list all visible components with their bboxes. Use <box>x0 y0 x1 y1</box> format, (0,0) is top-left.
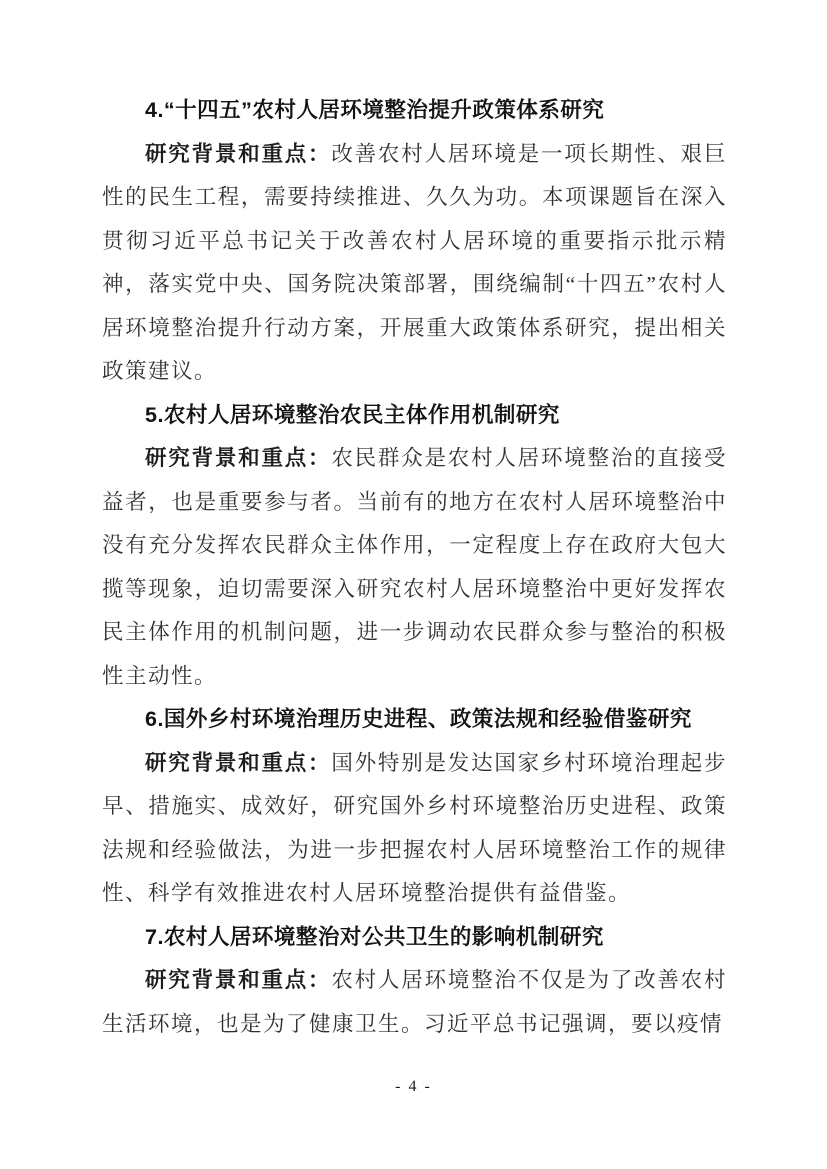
section-heading: 6.国外乡村环境治理历史进程、政策法规和经验借鉴研究 <box>102 698 727 742</box>
section-paragraph: 研究背景和重点：农村人居环境整治不仅是为了改善农村生活环境，也是为了健康卫生。习… <box>102 959 727 1046</box>
section-paragraph: 研究背景和重点：农民群众是农村人居环境整治的直接受益者，也是重要参与者。当前有的… <box>102 437 727 698</box>
paragraph-lead: 研究背景和重点： <box>145 968 331 992</box>
document-page: 4.“十四五”农村人居环境整治提升政策体系研究 研究背景和重点：改善农村人居环境… <box>0 0 827 1169</box>
section-topic-5: 5.农村人居环境整治农民主体作用机制研究 研究背景和重点：农民群众是农村人居环境… <box>102 394 727 699</box>
section-paragraph: 研究背景和重点：改善农村人居环境是一项长期性、艰巨性的民生工程，需要持续推进、久… <box>102 133 727 394</box>
section-heading: 4.“十四五”农村人居环境整治提升政策体系研究 <box>102 89 727 133</box>
section-topic-4: 4.“十四五”农村人居环境整治提升政策体系研究 研究背景和重点：改善农村人居环境… <box>102 89 727 394</box>
section-heading: 7.农村人居环境整治对公共卫生的影响机制研究 <box>102 916 727 960</box>
page-content: 4.“十四五”农村人居环境整治提升政策体系研究 研究背景和重点：改善农村人居环境… <box>102 89 727 1046</box>
section-topic-7: 7.农村人居环境整治对公共卫生的影响机制研究 研究背景和重点：农村人居环境整治不… <box>102 916 727 1047</box>
paragraph-lead: 研究背景和重点： <box>145 751 331 775</box>
paragraph-lead: 研究背景和重点： <box>145 446 331 470</box>
paragraph-text: 农民群众是农村人居环境整治的直接受益者，也是重要参与者。当前有的地方在农村人居环… <box>102 446 727 688</box>
section-topic-6: 6.国外乡村环境治理历史进程、政策法规和经验借鉴研究 研究背景和重点：国外特别是… <box>102 698 727 916</box>
paragraph-text: 改善农村人居环境是一项长期性、艰巨性的民生工程，需要持续推进、久久为功。本项课题… <box>102 142 727 384</box>
section-paragraph: 研究背景和重点：国外特别是发达国家乡村环境治理起步早、措施实、成效好，研究国外乡… <box>102 742 727 916</box>
paragraph-lead: 研究背景和重点： <box>145 142 331 166</box>
page-number: - 4 - <box>0 1078 827 1096</box>
section-heading: 5.农村人居环境整治农民主体作用机制研究 <box>102 394 727 438</box>
